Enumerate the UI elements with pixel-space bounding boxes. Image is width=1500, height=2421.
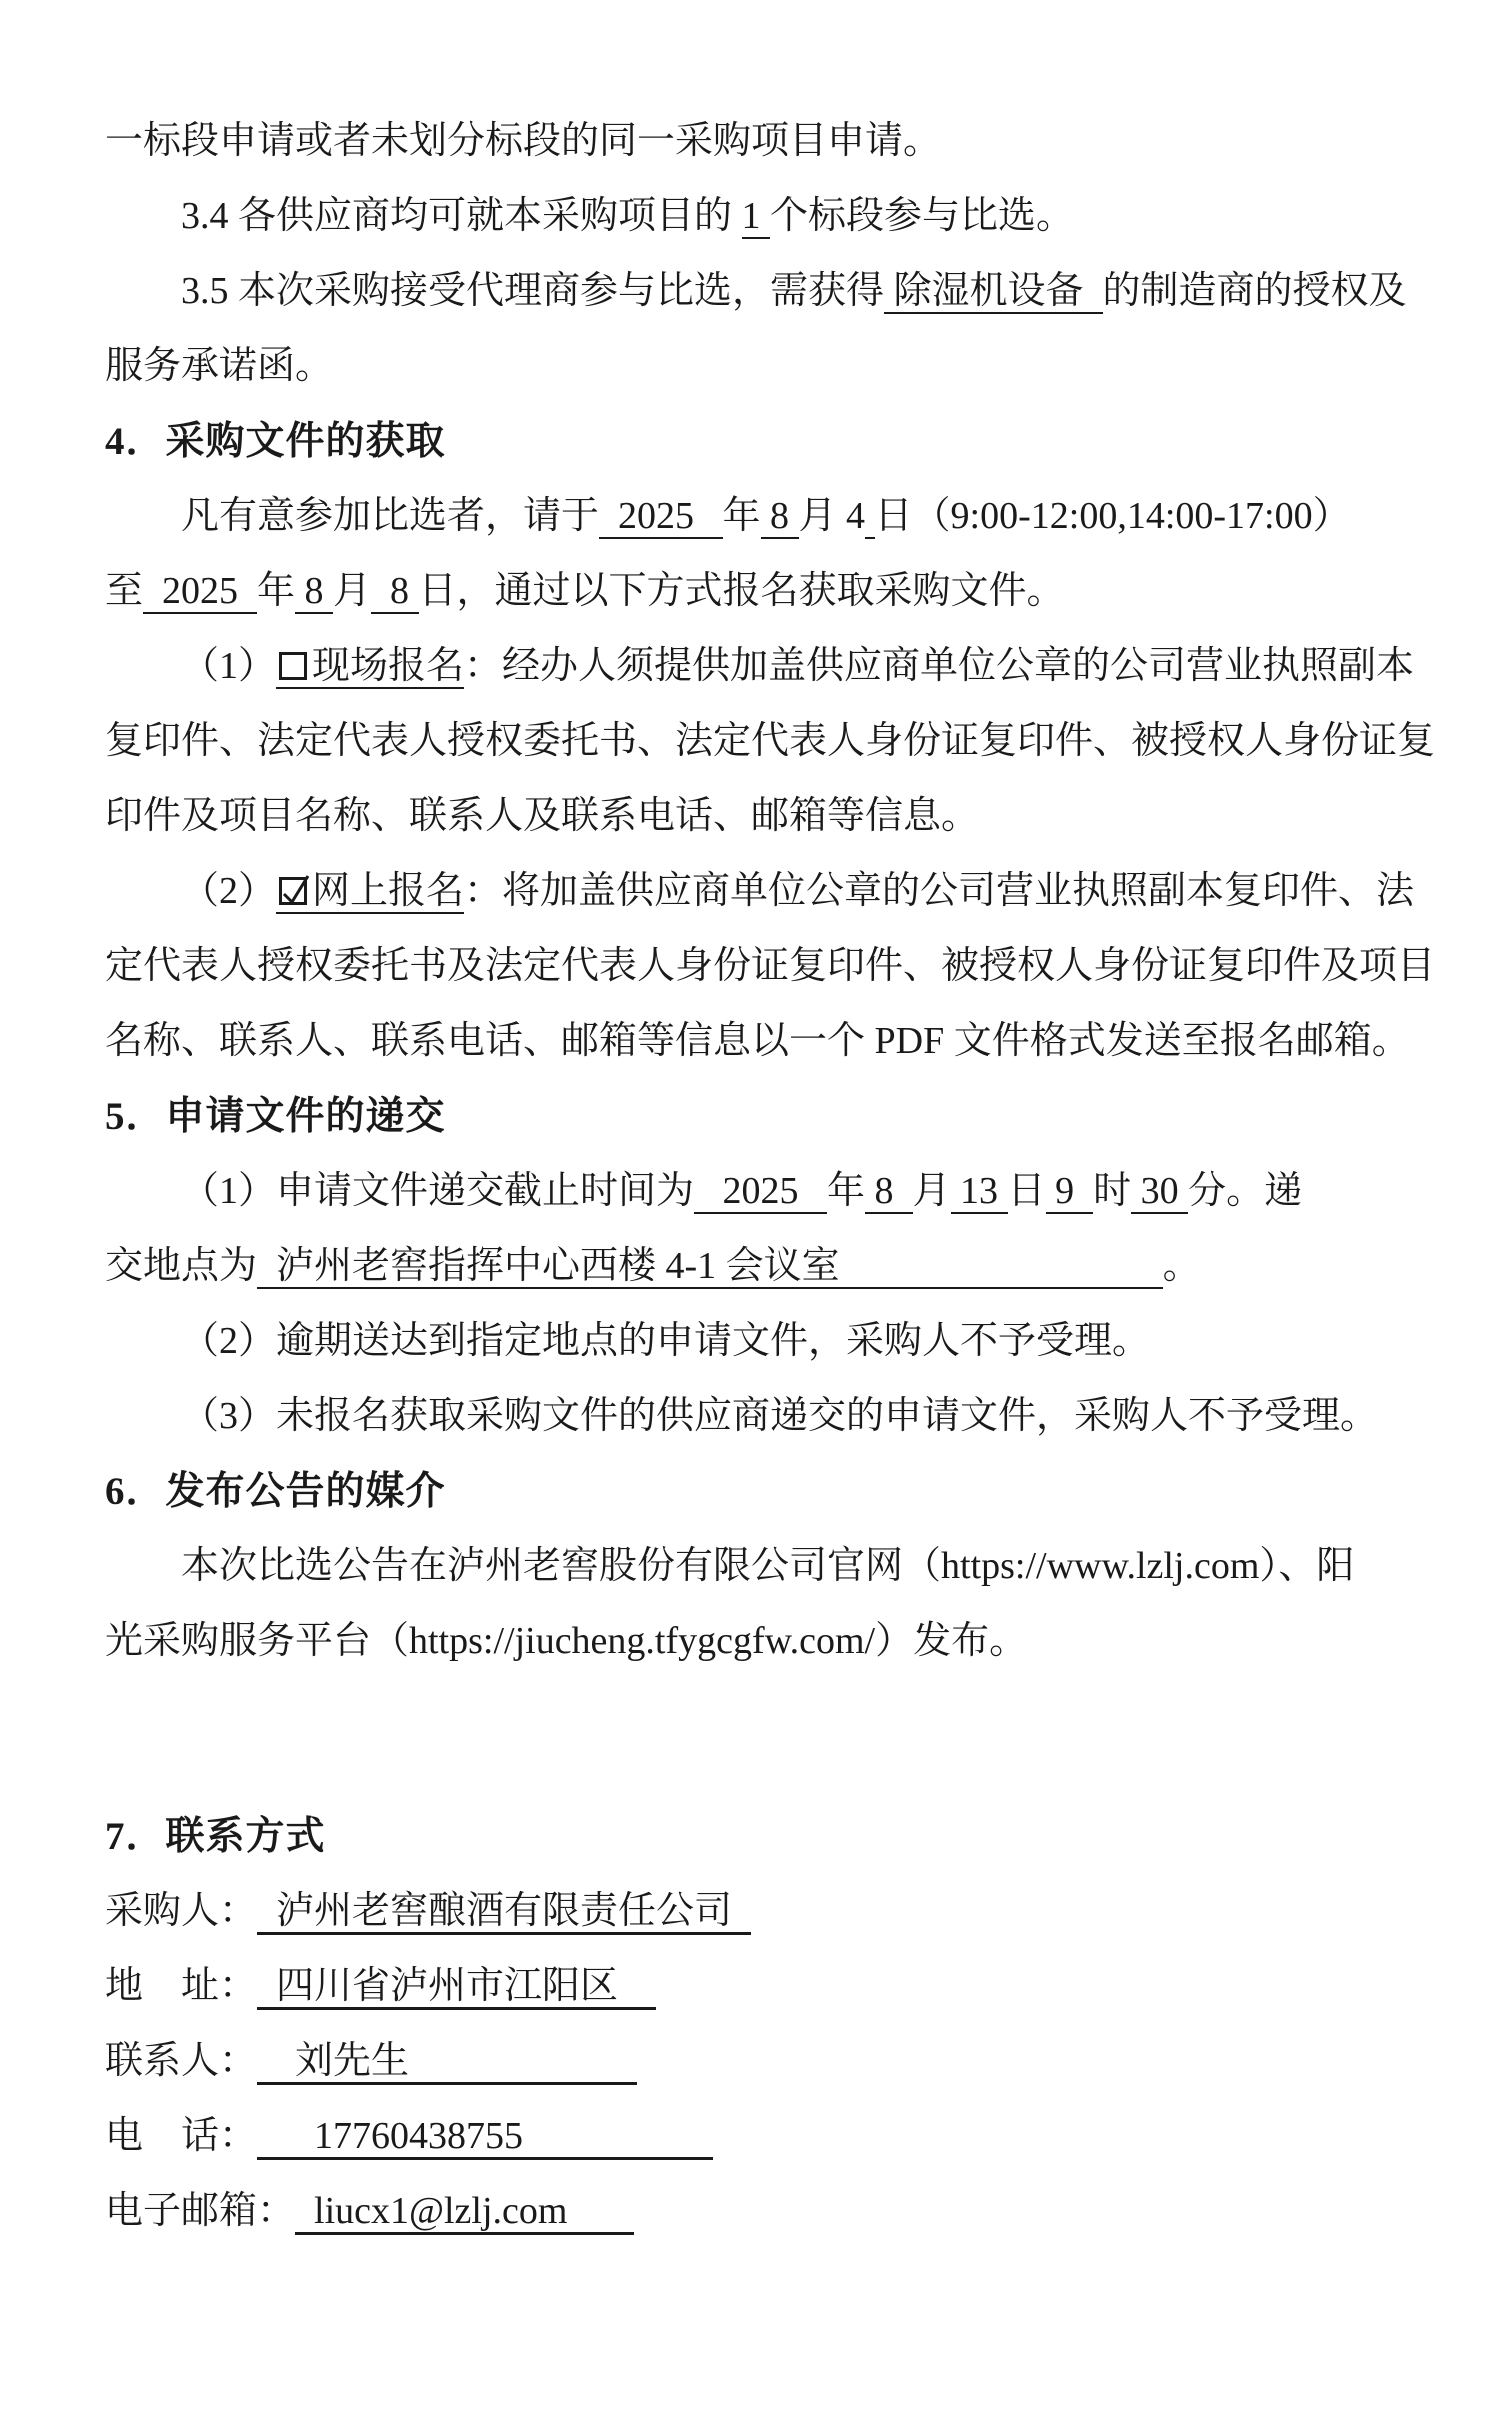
text-run: 3.5 本次采购接受代理商参与比选，需获得 — [181, 270, 884, 312]
document-line: 凡有意参加比选者，请于 2025 年 8 月 4 日（9:00-12:00,14… — [105, 479, 1442, 554]
underline-field: 2025 — [599, 495, 723, 539]
document-line: 采购人： 泸州老窖酿酒有限责任公司 — [105, 1874, 1442, 1949]
empty-box-icon — [279, 652, 307, 680]
text-run: 的制造商的授权及 — [1103, 270, 1407, 312]
text-run: 至 — [105, 570, 143, 612]
text-run: 定代表人授权委托书及法定代表人身份证复印件、被授权人身份证复印件及项目 — [105, 945, 1435, 987]
document-line: 定代表人授权委托书及法定代表人身份证复印件、被授权人身份证复印件及项目 — [105, 929, 1442, 1004]
document-line: （3）未报名获取采购文件的供应商递交的申请文件，采购人不予受理。 — [105, 1379, 1442, 1454]
document-line: 3.4 各供应商均可就本采购项目的 1 个标段参与比选。 — [105, 179, 1442, 254]
text-run: 年 — [257, 570, 295, 612]
document-line: 地 址： 四川省泸州市江阳区 — [105, 1949, 1442, 2024]
text-run: 3.4 各供应商均可就本采购项目的 — [181, 195, 742, 237]
text-run: 个标段参与比选。 — [770, 195, 1074, 237]
underline-field: 除湿机设备 — [884, 270, 1103, 314]
document-line: 服务承诺函。 — [105, 329, 1442, 404]
text-run: 一标段申请或者未划分标段的同一采购项目申请。 — [105, 120, 941, 162]
checkbox-empty-icon — [276, 645, 312, 689]
text-run: 名称、联系人、联系电话、邮箱等信息以一个 PDF 文件格式发送至报名邮箱。 — [105, 1020, 1410, 1062]
text-run: （2） — [181, 870, 276, 912]
text-run: 月 — [913, 1170, 951, 1212]
underline-field: 30 — [1131, 1170, 1188, 1214]
text-run: ：将加盖供应商单位公章的公司营业执照副本复印件、法 — [464, 870, 1414, 912]
text-run: 交地点为 — [105, 1245, 257, 1287]
underline-field: 1 — [742, 195, 771, 239]
text-run: 时 — [1093, 1170, 1131, 1212]
document-line: （1）现场报名：经办人须提供加盖供应商单位公章的公司营业执照副本 — [105, 629, 1442, 704]
underline-field: 四川省泸州市江阳区 — [257, 1965, 656, 2010]
text-run: 联系人： — [105, 2040, 257, 2082]
text-run: 日，通过以下方式报名获取采购文件。 — [419, 570, 1065, 612]
underline-field: 网上报名 — [312, 870, 464, 914]
document-line: 联系人： 刘先生 — [105, 2024, 1442, 2099]
text-run: 年 — [723, 495, 761, 537]
text-run: 月 — [333, 570, 371, 612]
underline-field: 2025 — [694, 1170, 827, 1214]
underline-field: 8 — [761, 495, 799, 539]
underline-field: 现场报名 — [312, 645, 464, 689]
text-run: （2）逾期送达到指定地点的申请文件，采购人不予受理。 — [181, 1320, 1150, 1362]
text-run: 。 — [1163, 1245, 1201, 1287]
checkmark-box-icon — [279, 877, 307, 905]
text-run: ：经办人须提供加盖供应商单位公章的公司营业执照副本 — [464, 645, 1414, 687]
document-line: （2）网上报名：将加盖供应商单位公章的公司营业执照副本复印件、法 — [105, 854, 1442, 929]
text-run: 本次比选公告在泸州老窖股份有限公司官网（https://www.lzlj.com… — [181, 1545, 1354, 1587]
text-run: 年 — [827, 1170, 865, 1212]
text-run: （3）未报名获取采购文件的供应商递交的申请文件，采购人不予受理。 — [181, 1395, 1378, 1437]
section-heading: 5．申请文件的递交 — [105, 1079, 1442, 1154]
underline-field: liucx1@lzlj.com — [295, 2190, 634, 2235]
text-run: 5．申请文件的递交 — [105, 1095, 446, 1138]
text-run: 光采购服务平台（https://jiucheng.tfygcgfw.com/）发… — [105, 1620, 1027, 1662]
document-line: 一标段申请或者未划分标段的同一采购项目申请。 — [105, 104, 1442, 179]
text-run: （1）申请文件递交截止时间为 — [181, 1170, 694, 1212]
text-run: 服务承诺函。 — [105, 345, 333, 387]
document-line: 名称、联系人、联系电话、邮箱等信息以一个 PDF 文件格式发送至报名邮箱。 — [105, 1004, 1442, 1079]
document-line: 印件及项目名称、联系人及联系电话、邮箱等信息。 — [105, 779, 1442, 854]
underline-field — [865, 495, 875, 539]
text-run: 分。递 — [1188, 1170, 1302, 1212]
underline-field: 8 — [295, 570, 333, 614]
document-line: （1）申请文件递交截止时间为 2025 年 8 月 13 日 9 时 30 分。… — [105, 1154, 1442, 1229]
text-run: 日（9:00-12:00,14:00-17:00） — [875, 495, 1351, 537]
document-line: 至 2025 年 8 月 8 日，通过以下方式报名获取采购文件。 — [105, 554, 1442, 629]
text-run: （1） — [181, 645, 276, 687]
vertical-spacer — [105, 1679, 1442, 1799]
document-line: （2）逾期送达到指定地点的申请文件，采购人不予受理。 — [105, 1304, 1442, 1379]
document-page: 一标段申请或者未划分标段的同一采购项目申请。3.4 各供应商均可就本采购项目的 … — [0, 0, 1500, 2421]
underline-field: 13 — [951, 1170, 1008, 1214]
text-run: 复印件、法定代表人授权委托书、法定代表人身份证复印件、被授权人身份证复 — [105, 720, 1435, 762]
underline-field: 2025 — [143, 570, 257, 614]
text-run: 7．联系方式 — [105, 1815, 326, 1858]
underline-field: 8 — [371, 570, 419, 614]
text-run: 印件及项目名称、联系人及联系电话、邮箱等信息。 — [105, 795, 979, 837]
underline-field: 8 — [865, 1170, 913, 1214]
underline-field: 泸州老窖酿酒有限责任公司 — [257, 1890, 751, 1935]
underline-field: 9 — [1046, 1170, 1094, 1214]
underline-field: 17760438755 — [257, 2115, 713, 2160]
checkbox-checked-icon — [276, 870, 312, 914]
document-line: 交地点为 泸州老窖指挥中心西楼 4-1 会议室 。 — [105, 1229, 1442, 1304]
document-line: 电 话： 17760438755 — [105, 2099, 1442, 2174]
text-run: 电子邮箱： — [105, 2190, 295, 2232]
text-run: 月 4 — [799, 495, 866, 537]
document-line: 复印件、法定代表人授权委托书、法定代表人身份证复印件、被授权人身份证复 — [105, 704, 1442, 779]
section-heading: 7．联系方式 — [105, 1799, 1442, 1874]
document-line: 本次比选公告在泸州老窖股份有限公司官网（https://www.lzlj.com… — [105, 1529, 1442, 1604]
text-run: 6．发布公告的媒介 — [105, 1470, 446, 1513]
underline-field: 泸州老窖指挥中心西楼 4-1 会议室 — [257, 1245, 1163, 1289]
text-run: 电 话： — [105, 2115, 257, 2157]
document-line: 光采购服务平台（https://jiucheng.tfygcgfw.com/）发… — [105, 1604, 1442, 1679]
document-line: 3.5 本次采购接受代理商参与比选，需获得 除湿机设备 的制造商的授权及 — [105, 254, 1442, 329]
text-run: 地 址： — [105, 1965, 257, 2007]
text-run: 凡有意参加比选者，请于 — [181, 495, 599, 537]
document-line: 电子邮箱： liucx1@lzlj.com — [105, 2174, 1442, 2249]
text-run: 日 — [1008, 1170, 1046, 1212]
text-run: 4．采购文件的获取 — [105, 420, 446, 463]
underline-field: 刘先生 — [257, 2040, 637, 2085]
section-heading: 6．发布公告的媒介 — [105, 1454, 1442, 1529]
section-heading: 4．采购文件的获取 — [105, 404, 1442, 479]
text-run: 采购人： — [105, 1890, 257, 1932]
